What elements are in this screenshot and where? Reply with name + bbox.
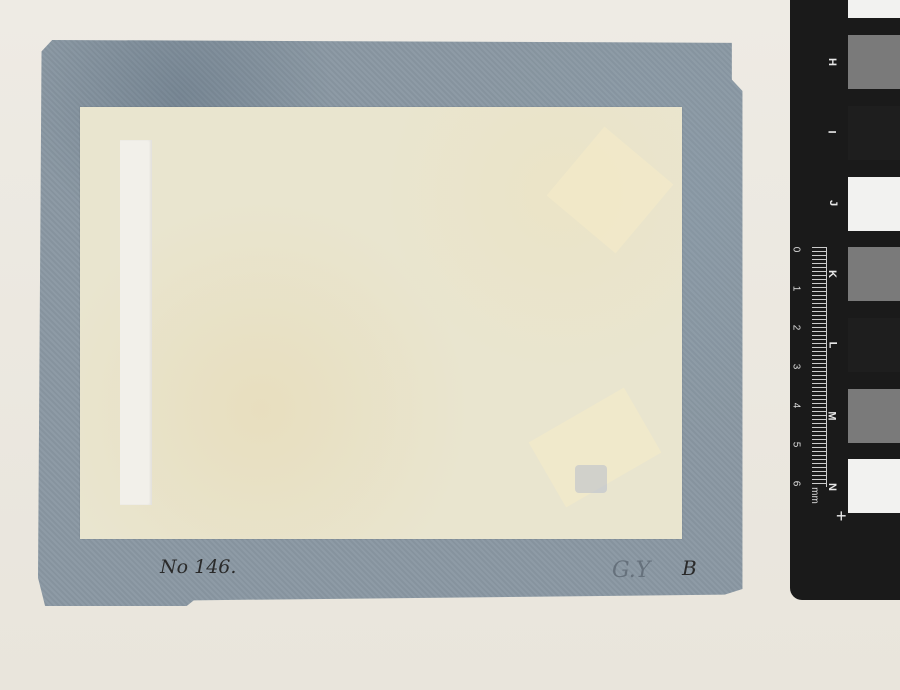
scale-letter: H (826, 58, 838, 66)
patch-l (848, 318, 900, 372)
scale-letter: J (827, 200, 839, 206)
ruler-number: 6 (790, 481, 801, 487)
scale-letter: K (826, 270, 838, 278)
patch-white-top (848, 0, 900, 18)
scale-letter: N (826, 483, 838, 491)
ruler-number: 2 (790, 325, 801, 331)
ruler-number: 5 (790, 442, 801, 448)
ruler-baseline (826, 247, 827, 487)
scale-letter: M (826, 411, 838, 420)
ruler-number: 0 (790, 247, 801, 253)
inscription-initials: G.Y (612, 558, 650, 583)
ruler-number: 3 (790, 364, 801, 370)
ruler-number: 4 (790, 403, 801, 409)
patch-i (848, 106, 900, 160)
hinge-tape (120, 140, 152, 505)
scale-letter: L (826, 342, 838, 349)
patch-h (848, 35, 900, 89)
inscription-mark: B (682, 556, 697, 580)
inscription-number: No 146. (160, 556, 236, 578)
crosshair-icon: + (836, 506, 847, 527)
ruler-number: 1 (790, 286, 801, 292)
collector-stamp (575, 465, 607, 493)
mm-ruler (812, 247, 826, 487)
patch-n (848, 459, 900, 513)
scale-letter: I (826, 130, 838, 133)
patch-k (848, 247, 900, 301)
patch-m (848, 389, 900, 443)
patch-j (848, 177, 900, 231)
unit-label: mm (809, 487, 820, 504)
